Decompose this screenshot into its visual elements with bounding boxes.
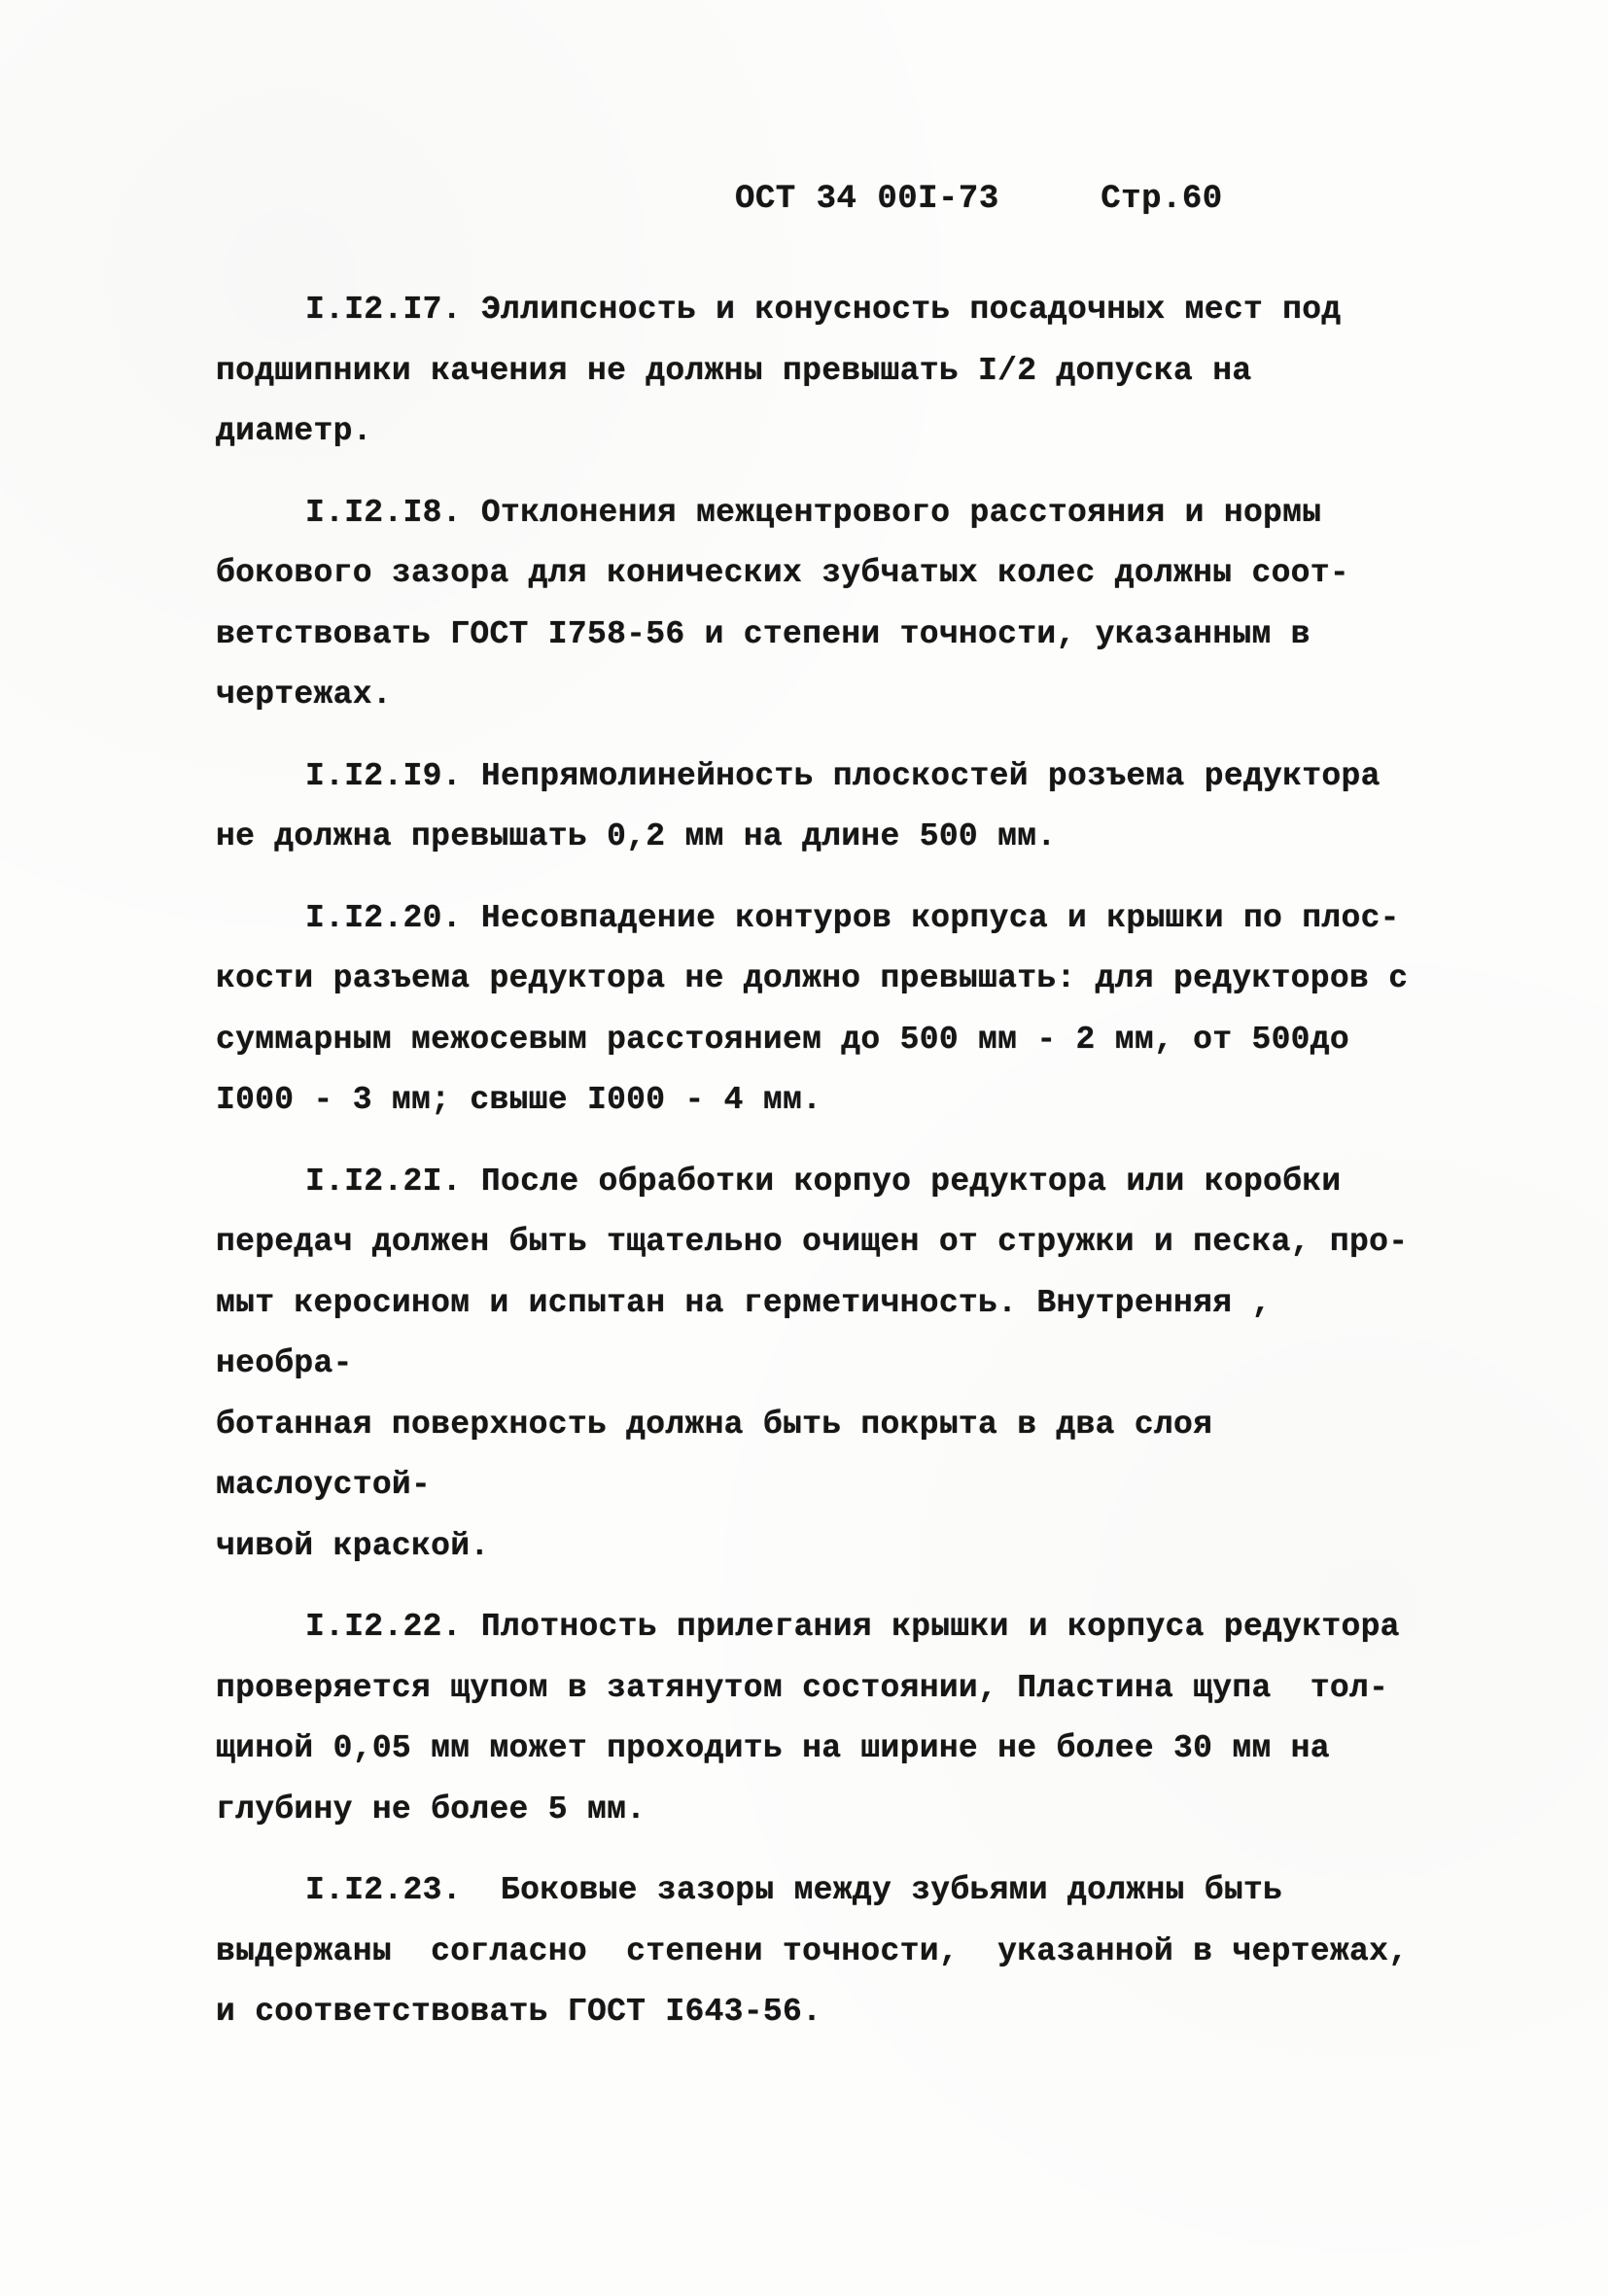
- text-line: ветствовать ГОСТ I758-56 и степени точно…: [216, 605, 1412, 666]
- text-line: чертежах.: [216, 665, 1412, 726]
- paragraph-1-12-17: I.I2.I7. Эллипсность и конусность посадо…: [216, 280, 1412, 463]
- text-line: I.I2.23. Боковые зазоры между зубьями до…: [216, 1861, 1412, 1922]
- text-line: кости разъема редуктора не должно превыш…: [216, 949, 1412, 1010]
- document-body: I.I2.I7. Эллипсность и конусность посадо…: [216, 280, 1412, 2064]
- text-line: I.I2.I8. Отклонения межцентрового рассто…: [216, 483, 1412, 544]
- text-line: ботанная поверхность должна быть покрыта…: [216, 1395, 1412, 1516]
- text-line: не должна превышать 0,2 мм на длине 500 …: [216, 807, 1412, 868]
- paragraph-1-12-23: I.I2.23. Боковые зазоры между зубьями до…: [216, 1861, 1412, 2043]
- text-line: мыт керосином и испытан на герметичность…: [216, 1273, 1412, 1395]
- text-line: I.I2.2I. После обработки корпуо редуктор…: [216, 1152, 1412, 1213]
- paragraph-1-12-22: I.I2.22. Плотность прилегания крышки и к…: [216, 1597, 1412, 1840]
- text-line: чивой краской.: [216, 1516, 1412, 1578]
- text-line: передач должен быть тщательно очищен от …: [216, 1212, 1412, 1273]
- text-line: I.I2.I9. Непрямолинейность плоскостей ро…: [216, 747, 1412, 808]
- text-line: щиной 0,05 мм может проходить на ширине …: [216, 1719, 1412, 1780]
- text-line: I000 - 3 мм; свыше I000 - 4 мм.: [216, 1070, 1412, 1131]
- paragraph-1-12-18: I.I2.I8. Отклонения межцентрового рассто…: [216, 483, 1412, 726]
- scanned-document-page: ОСТ 34 00I-73 Стр.60 I.I2.I7. Эллипсност…: [0, 0, 1608, 2296]
- text-line: выдержаны согласно степени точности, ука…: [216, 1922, 1412, 1983]
- page-header: ОСТ 34 00I-73 Стр.60: [735, 181, 1223, 218]
- text-line: и соответствовать ГОСТ I643-56.: [216, 1982, 1412, 2043]
- text-line: I.I2.22. Плотность прилегания крышки и к…: [216, 1597, 1412, 1658]
- text-line: подшипники качения не должны превышать I…: [216, 341, 1412, 463]
- text-line: глубину не более 5 мм.: [216, 1780, 1412, 1841]
- text-line: I.I2.I7. Эллипсность и конусность посадо…: [216, 280, 1412, 341]
- paragraph-1-12-20: I.I2.20. Несовпадение контуров корпуса и…: [216, 888, 1412, 1131]
- text-line: бокового зазора для конических зубчатых …: [216, 543, 1412, 605]
- paragraph-1-12-19: I.I2.I9. Непрямолинейность плоскостей ро…: [216, 747, 1412, 868]
- text-line: проверяется щупом в затянутом состоянии,…: [216, 1658, 1412, 1720]
- text-line: суммарным межосевым расстоянием до 500 м…: [216, 1010, 1412, 1071]
- paragraph-1-12-21: I.I2.2I. После обработки корпуо редуктор…: [216, 1152, 1412, 1578]
- text-line: I.I2.20. Несовпадение контуров корпуса и…: [216, 888, 1412, 950]
